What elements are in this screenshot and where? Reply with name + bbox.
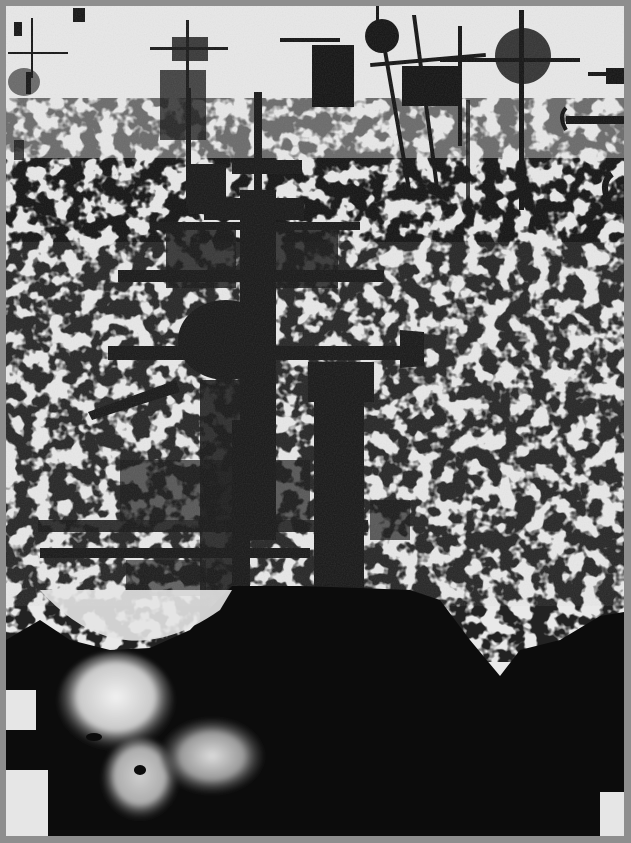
photo-print [6,6,624,836]
photomontage-artwork [0,0,631,843]
